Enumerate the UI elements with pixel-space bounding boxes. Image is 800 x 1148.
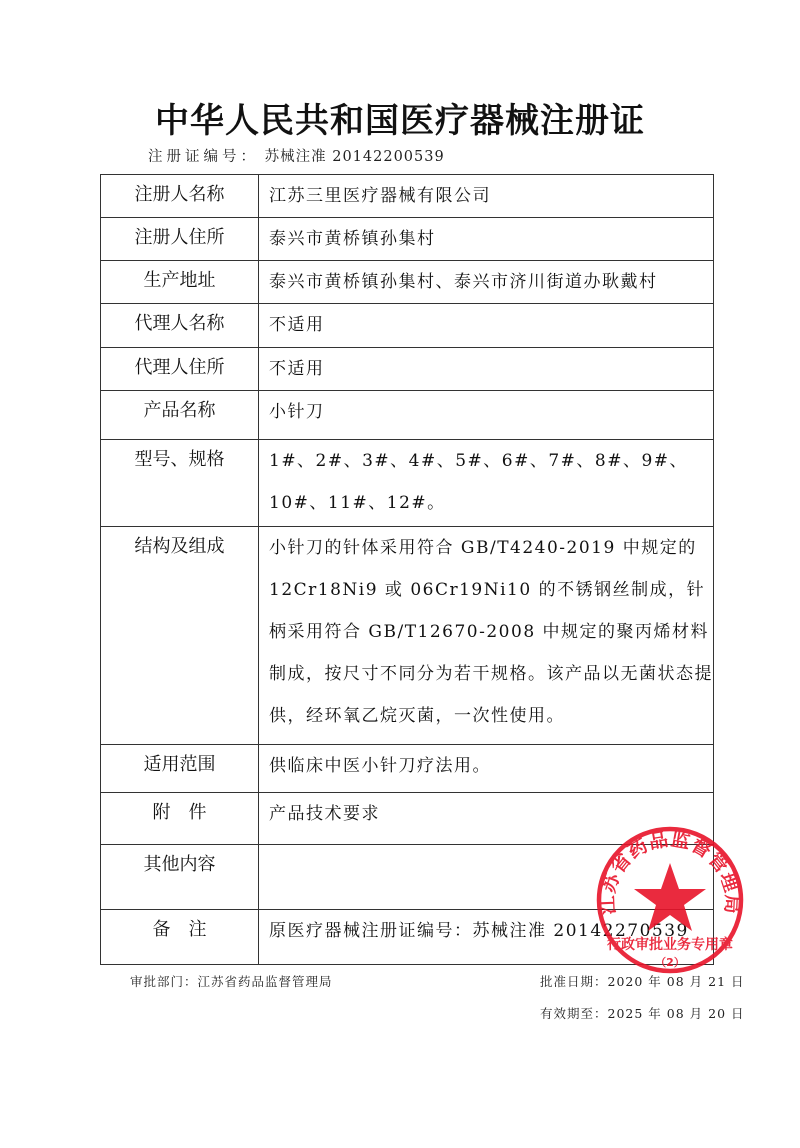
field-label: 产品名称: [101, 391, 258, 431]
field-label: 注册人住所: [101, 218, 258, 258]
field-label-cell: 注册人名称: [101, 175, 259, 218]
field-label-cell: 适用范围: [101, 745, 259, 793]
certificate-title: 中华人民共和国医疗器械注册证: [0, 93, 800, 142]
field-label-cell: 结构及组成: [101, 527, 259, 745]
field-label-cell: 注册人住所: [101, 218, 259, 261]
registration-number-label: 注册证编号：: [148, 149, 259, 165]
field-value: 江苏三里医疗器械有限公司: [259, 175, 714, 218]
field-label-cell: 生产地址: [101, 261, 259, 304]
field-label: 注册人名称: [101, 175, 258, 215]
table-row: 生产地址泰兴市黄桥镇孙集村、泰兴市济川街道办耿戴村: [101, 261, 714, 304]
field-label-cell: 附 件: [101, 793, 259, 845]
table-row: 产品名称小针刀: [101, 391, 714, 440]
approval-department: 审批部门：江苏省药品监督管理局: [130, 972, 333, 990]
registration-number-value: 苏械注准 20142200539: [265, 149, 445, 165]
field-label: 型号、规格: [101, 440, 258, 480]
field-value: 泰兴市黄桥镇孙集村: [259, 218, 714, 261]
table-row: 结构及组成小针刀的针体采用符合 GB/T4240-2019 中规定的12Cr18…: [101, 527, 714, 745]
field-label-cell: 代理人住所: [101, 348, 259, 391]
table-row: 代理人住所不适用: [101, 348, 714, 391]
svg-text:行政审批业务专用章: 行政审批业务专用章: [607, 936, 733, 953]
table-row: 代理人名称不适用: [101, 304, 714, 348]
field-label: 生产地址: [101, 261, 258, 301]
svg-text:（2）: （2）: [655, 956, 685, 969]
official-seal-icon: 江苏省药品监督管理局 行政审批业务专用章 （2）: [595, 825, 745, 975]
field-value: 不适用: [259, 304, 714, 348]
field-label-cell: 代理人名称: [101, 304, 259, 348]
field-label-cell: 产品名称: [101, 391, 259, 440]
field-label-cell: 备 注: [101, 910, 259, 965]
table-row: 注册人名称江苏三里医疗器械有限公司: [101, 175, 714, 218]
field-label: 结构及组成: [101, 527, 258, 567]
field-label: 适用范围: [101, 745, 258, 785]
field-label: 其他内容: [101, 845, 258, 885]
field-value: 不适用: [259, 348, 714, 391]
field-label: 备 注: [101, 910, 258, 950]
field-label-cell: 其他内容: [101, 845, 259, 910]
field-label-cell: 型号、规格: [101, 440, 259, 527]
registration-number: 注册证编号： 苏械注准 20142200539: [148, 145, 445, 166]
field-value: 小针刀: [259, 391, 714, 440]
field-value: 泰兴市黄桥镇孙集村、泰兴市济川街道办耿戴村: [259, 261, 714, 304]
field-value: 1#、2#、3#、4#、5#、6#、7#、8#、9#、10#、11#、12#。: [259, 440, 714, 527]
table-row: 注册人住所泰兴市黄桥镇孙集村: [101, 218, 714, 261]
field-value: 供临床中医小针刀疗法用。: [259, 745, 714, 793]
field-label: 附 件: [101, 793, 258, 833]
field-value: 小针刀的针体采用符合 GB/T4240-2019 中规定的12Cr18Ni9 或…: [259, 527, 714, 745]
valid-until: 有效期至：2025 年 08 月 20 日: [540, 1004, 745, 1022]
table-row: 型号、规格1#、2#、3#、4#、5#、6#、7#、8#、9#、10#、11#、…: [101, 440, 714, 527]
field-label: 代理人名称: [101, 304, 258, 344]
field-label: 代理人住所: [101, 348, 258, 388]
table-row: 适用范围供临床中医小针刀疗法用。: [101, 745, 714, 793]
